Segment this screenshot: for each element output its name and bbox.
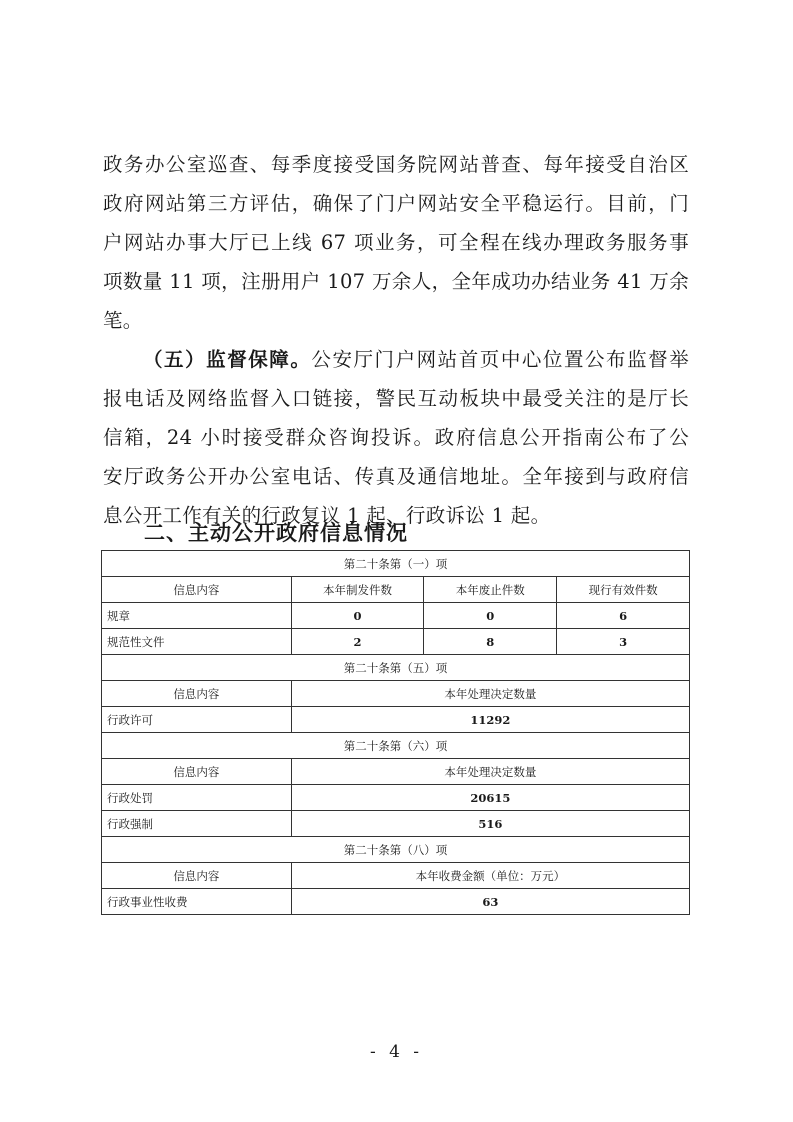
table-row: 行政强制 516 bbox=[102, 811, 690, 837]
header-row: 信息内容 本年处理决定数量 bbox=[102, 759, 690, 785]
cell-value: 6 bbox=[557, 603, 690, 629]
paragraph-lead: （五）监督保障。 bbox=[143, 348, 311, 371]
text-line: 笔。 bbox=[103, 301, 689, 340]
text-line: 政务办公室巡查、每季度接受国务院网站普查、每年接受自治区 bbox=[103, 145, 689, 184]
column-header: 本年废止件数 bbox=[424, 577, 557, 603]
table-row: 规范性文件 2 8 3 bbox=[102, 629, 690, 655]
column-header: 本年制发件数 bbox=[291, 577, 424, 603]
column-header: 信息内容 bbox=[102, 577, 292, 603]
text-line: （五）监督保障。公安厅门户网站首页中心位置公布监督举 bbox=[103, 340, 689, 379]
text-line: 政府网站第三方评估，确保了门户网站安全平稳运行。目前，门 bbox=[103, 184, 689, 223]
paragraph-supervision: （五）监督保障。公安厅门户网站首页中心位置公布监督举 报电话及网络监督入口链接，… bbox=[103, 340, 689, 535]
column-header: 信息内容 bbox=[102, 681, 292, 707]
header-row: 信息内容 本年制发件数 本年废止件数 现行有效件数 bbox=[102, 577, 690, 603]
table-row: 行政许可 11292 bbox=[102, 707, 690, 733]
header-row: 信息内容 本年收费金额（单位：万元） bbox=[102, 863, 690, 889]
text-line: 报电话及网络监督入口链接，警民互动板块中最受关注的是厅长 bbox=[103, 379, 689, 418]
text-line: 信箱，24 小时接受群众咨询投诉。政府信息公开指南公布了公 bbox=[103, 418, 689, 457]
section-heading: 二、主动公开政府信息情况 bbox=[144, 517, 408, 547]
column-header: 信息内容 bbox=[102, 863, 292, 889]
row-label: 行政事业性收费 bbox=[102, 889, 292, 915]
cell-value: 0 bbox=[424, 603, 557, 629]
section-title-row: 第二十条第（六）项 bbox=[102, 733, 690, 759]
section-title: 第二十条第（六）项 bbox=[102, 733, 690, 759]
cell-value: 3 bbox=[557, 629, 690, 655]
table-row: 行政事业性收费 63 bbox=[102, 889, 690, 915]
cell-value: 63 bbox=[291, 889, 689, 915]
page-number: - 4 - bbox=[0, 1042, 793, 1062]
paragraph-website-operations: 政务办公室巡查、每季度接受国务院网站普查、每年接受自治区 政府网站第三方评估，确… bbox=[103, 145, 689, 340]
cell-value: 8 bbox=[424, 629, 557, 655]
row-label: 规范性文件 bbox=[102, 629, 292, 655]
column-header: 本年收费金额（单位：万元） bbox=[291, 863, 689, 889]
section-title: 第二十条第（五）项 bbox=[102, 655, 690, 681]
disclosure-table: 第二十条第（一）项 信息内容 本年制发件数 本年废止件数 现行有效件数 规章 0… bbox=[101, 550, 690, 915]
cell-value: 11292 bbox=[291, 707, 689, 733]
column-header: 信息内容 bbox=[102, 759, 292, 785]
cell-value: 2 bbox=[291, 629, 424, 655]
cell-value: 516 bbox=[291, 811, 689, 837]
section-title-row: 第二十条第（八）项 bbox=[102, 837, 690, 863]
text-segment: 公安厅门户网站首页中心位置公布监督举 bbox=[311, 348, 689, 371]
section-title-row: 第二十条第（五）项 bbox=[102, 655, 690, 681]
section-title: 第二十条第（八）项 bbox=[102, 837, 690, 863]
row-label: 规章 bbox=[102, 603, 292, 629]
cell-value: 20615 bbox=[291, 785, 689, 811]
column-header: 本年处理决定数量 bbox=[291, 759, 689, 785]
text-line: 项数量 11 项，注册用户 107 万余人，全年成功办结业务 41 万余 bbox=[103, 262, 689, 301]
text-line: 户网站办事大厅已上线 67 项业务，可全程在线办理政务服务事 bbox=[103, 223, 689, 262]
column-header: 本年处理决定数量 bbox=[291, 681, 689, 707]
column-header: 现行有效件数 bbox=[557, 577, 690, 603]
text-line: 安厅政务公开办公室电话、传真及通信地址。全年接到与政府信 bbox=[103, 457, 689, 496]
cell-value: 0 bbox=[291, 603, 424, 629]
table-row: 规章 0 0 6 bbox=[102, 603, 690, 629]
row-label: 行政处罚 bbox=[102, 785, 292, 811]
header-row: 信息内容 本年处理决定数量 bbox=[102, 681, 690, 707]
row-label: 行政许可 bbox=[102, 707, 292, 733]
table-row: 行政处罚 20615 bbox=[102, 785, 690, 811]
section-title: 第二十条第（一）项 bbox=[102, 551, 690, 577]
row-label: 行政强制 bbox=[102, 811, 292, 837]
section-title-row: 第二十条第（一）项 bbox=[102, 551, 690, 577]
